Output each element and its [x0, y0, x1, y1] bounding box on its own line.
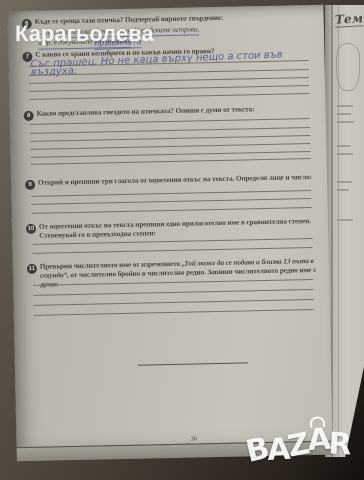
question-number-badge: 9 — [25, 180, 35, 190]
answer-rule-line — [31, 190, 311, 197]
adjacent-page-illustration — [336, 43, 360, 91]
bazar-letter: R — [328, 426, 351, 462]
adjacent-page-text-smudge — [337, 219, 353, 221]
workbook-page: 6 Къде се среща тази птичка? Подчертай в… — [7, 5, 332, 449]
answer-rule-line — [31, 198, 311, 205]
page-number: 36 — [190, 435, 197, 442]
adjacent-page-text-smudge — [337, 181, 352, 183]
answer-rule-line — [29, 93, 309, 100]
question-number-badge: 8 — [24, 111, 34, 121]
answer-rule-line — [33, 247, 313, 254]
question-8-text: Какво представлява гнездото на птичката?… — [37, 104, 327, 119]
question-number-badge: 11 — [27, 264, 37, 274]
question-10-text: От оцветения откъс на текста препиши едн… — [39, 217, 329, 241]
question-11-text: Превърни числителното име от изречението… — [40, 257, 333, 291]
answer-rule-line — [30, 118, 310, 125]
question-9-text: Открий и препиши три глагола от оцветени… — [38, 173, 332, 188]
adjacent-page-text-smudge — [337, 113, 351, 115]
adjacent-page-text-smudge — [337, 153, 353, 155]
short-answer-line — [138, 362, 248, 365]
bazar-letter-bag: A — [306, 422, 330, 458]
photo-of-workbook-page: Тем 6 Къде се среща тази птичка? Подчерт… — [0, 0, 364, 480]
adjacent-page-text-smudge — [337, 145, 350, 147]
seller-watermark: Карагьолева — [15, 21, 154, 47]
adjacent-page-title: Тем — [335, 11, 364, 27]
answer-rule-line — [33, 289, 313, 296]
answer-rule-line — [34, 309, 314, 316]
answer-rule-line — [29, 85, 309, 92]
answer-rule-line — [30, 127, 310, 134]
handwritten-answer-line2: въздуха. — [31, 66, 78, 79]
answer-rule-line — [34, 299, 314, 306]
answer-rule-line — [32, 207, 312, 214]
adjacent-page-text-smudge — [337, 189, 349, 191]
adjacent-page-text-smudge — [337, 105, 353, 107]
adjacent-page-text-smudge — [337, 121, 354, 123]
shopping-bag-handle-icon — [309, 416, 325, 428]
answer-rule-line — [31, 151, 311, 158]
question-number-badge: 10 — [26, 224, 36, 234]
answer-rule-line — [31, 158, 311, 165]
answer-rule-line — [30, 143, 310, 150]
answer-rule-line — [29, 77, 309, 84]
answer-rule-line — [30, 135, 310, 142]
